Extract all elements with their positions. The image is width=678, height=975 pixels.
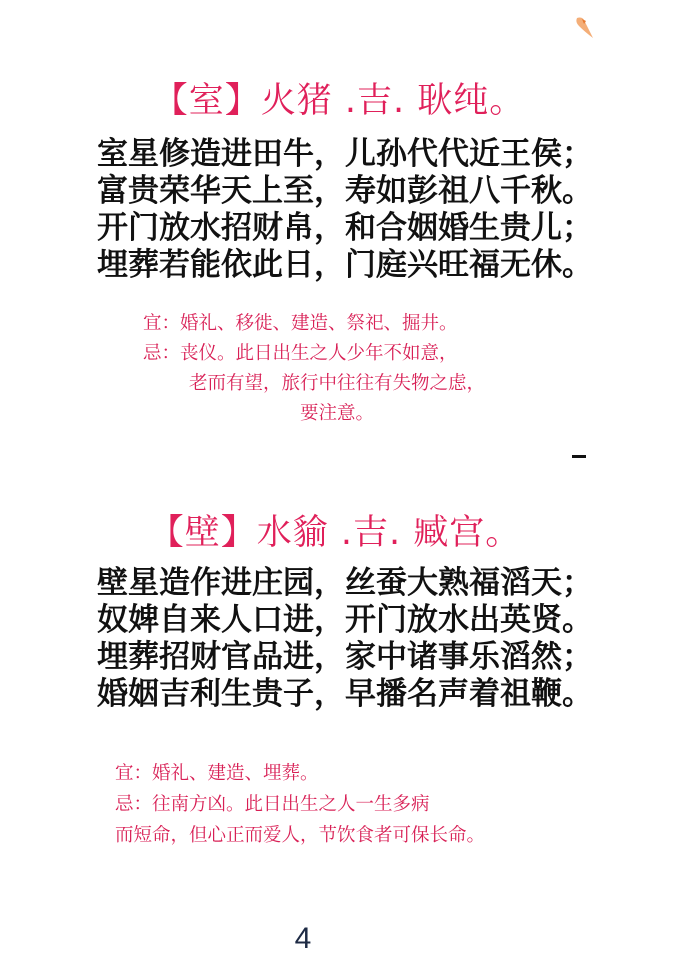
poem-line: 婚姻吉利生贵子，早播名声着祖鞭。 xyxy=(97,676,617,713)
section-title-bi: 【壁】水貐 .吉. 臧宫。 xyxy=(0,505,670,555)
poem-shi: 室星修造进田牛，儿孙代代近王侯； 富贵荣华天上至，寿如彭祖八千秋。 开门放水招财… xyxy=(97,136,617,284)
dash-mark xyxy=(572,455,586,458)
note-line-yi: 宜：婚礼、移徙、建造、祭祀、掘井。 xyxy=(143,309,458,339)
poem-line: 奴婢自来人口进，开门放水出英贤。 xyxy=(97,602,617,639)
notes-shi: 宜：婚礼、移徙、建造、祭祀、掘井。 忌：丧仪。此日出生之人少年不如意， xyxy=(143,309,458,369)
poem-line: 壁星造作进庄园，丝蚕大熟福滔天； xyxy=(97,565,617,602)
note-line-ji: 忌：丧仪。此日出生之人少年不如意， xyxy=(143,339,458,369)
note-line-yi: 宜：婚礼、建造、埋葬。 xyxy=(115,758,485,789)
notes-shi-cont: 老而有望，旅行中往往有失物之虑， 要注意。 xyxy=(0,369,674,429)
brush-stroke-icon xyxy=(573,14,595,40)
poem-line: 富贵荣华天上至，寿如彭祖八千秋。 xyxy=(97,173,617,210)
note-line: 而短命，但心正而爱人，节饮食者可保长命。 xyxy=(115,820,485,851)
poem-line: 开门放水招财帛，和合姻婚生贵儿； xyxy=(97,210,617,247)
page-number: 4 xyxy=(0,922,606,956)
section-title-shi: 【室】火猪 .吉. 耿纯。 xyxy=(0,73,678,123)
poem-line: 埋葬招财官品进，家中诸事乐滔然； xyxy=(97,639,617,676)
notes-bi: 宜：婚礼、建造、埋葬。 忌：往南方凶。此日出生之人一生多病 而短命，但心正而爱人… xyxy=(115,758,485,851)
note-line: 要注意。 xyxy=(0,399,674,429)
note-line-ji: 忌：往南方凶。此日出生之人一生多病 xyxy=(115,789,485,820)
poem-line: 室星修造进田牛，儿孙代代近王侯； xyxy=(97,136,617,173)
note-line: 老而有望，旅行中往往有失物之虑， xyxy=(0,369,674,399)
poem-line: 埋葬若能依此日，门庭兴旺福无休。 xyxy=(97,247,617,284)
poem-bi: 壁星造作进庄园，丝蚕大熟福滔天； 奴婢自来人口进，开门放水出英贤。 埋葬招财官品… xyxy=(97,565,617,713)
